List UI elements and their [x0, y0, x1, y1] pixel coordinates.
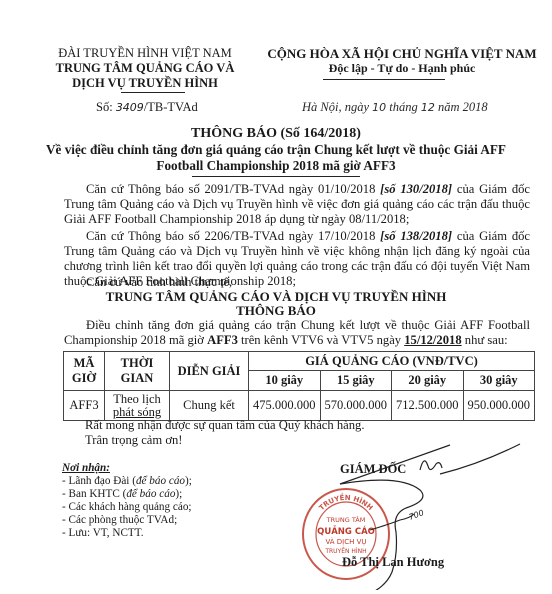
header-thoi: THỜI	[121, 356, 154, 370]
header-gio: GIỜ	[72, 371, 96, 385]
recipients-heading: Nơi nhận:	[62, 462, 192, 475]
announcement-heading: TRUNG TÂM QUẢNG CÁO VÀ DỊCH VỤ TRUYỀN HÌ…	[20, 290, 532, 318]
header-thoi-gian: THỜIGIAN	[105, 352, 170, 391]
header-10s: 10 giây	[249, 371, 321, 391]
issuer-underline	[121, 92, 185, 93]
recipient-item: - Các phòng thuộc TVAd;	[62, 514, 192, 527]
cell-dien-giai: Chung kết	[170, 391, 249, 421]
p2-reference: [số 138/2018]	[380, 229, 452, 243]
header-ma-gio: MÃGIỜ	[64, 352, 105, 391]
table-row: AFF3 Theo lịchphát sóng Chung kết 475.00…	[64, 391, 535, 421]
document-title: THÔNG BÁO (Số 164/2018)	[20, 125, 532, 142]
recipient-note: để báo cáo	[126, 488, 175, 500]
recipient-text: - Lưu: VT, NCTT.	[62, 527, 144, 539]
announcement-paragraph: Điều chỉnh tăng đơn giá quảng cáo trận C…	[64, 318, 530, 348]
national-motto: Độc lập - Tự do - Hạnh phúc	[252, 61, 552, 76]
recipient-item: - Lưu: VT, NCTT.	[62, 527, 192, 540]
table-header-row: MÃGIỜ THỜIGIAN DIỄN GIẢI GIÁ QUẢNG CÁO (…	[64, 352, 535, 371]
national-header: CỘNG HÒA XÃ HỘI CHỦ NGHĨA VIỆT NAM Độc l…	[252, 46, 552, 80]
cell-price-30s: 950.000.000	[463, 391, 535, 421]
header-20s: 20 giây	[392, 371, 464, 391]
header-30s: 30 giây	[463, 371, 535, 391]
signatory-name: Đỗ Thị Lan Hương	[342, 555, 444, 570]
recipient-text: - Các khách hàng quảng cáo;	[62, 501, 192, 513]
date-place: Hà Nội, ngày	[302, 100, 372, 114]
svg-text:700: 700	[408, 508, 425, 522]
recipient-text: - Lãnh đạo Đài (	[62, 475, 136, 487]
header-dien-giai: DIỄN GIẢI	[170, 352, 249, 391]
header-price-group: GIÁ QUẢNG CÁO (VNĐ/TVC)	[249, 352, 535, 371]
p4-date: 15/12/2018	[404, 333, 461, 347]
recipient-end: );	[175, 488, 182, 500]
title-underline	[192, 176, 360, 177]
document-subject-line1: Về việc điều chỉnh tăng đơn giá quảng cá…	[20, 142, 532, 158]
header-gian: GIAN	[121, 371, 154, 385]
basis-paragraph-3: Căn cứ vào tình hình thực tế,	[64, 275, 530, 290]
announcement-label: THÔNG BÁO	[20, 304, 532, 318]
recipient-item: - Lãnh đạo Đài (để báo cáo);	[62, 475, 192, 488]
recipient-text: - Ban KHTC (	[62, 488, 126, 500]
cell-thoi-gian: Theo lịchphát sóng	[105, 391, 170, 421]
issuer-org-line1: TRUNG TÂM QUẢNG CÁO VÀ	[40, 61, 250, 76]
announcing-org: TRUNG TÂM QUẢNG CÁO VÀ DỊCH VỤ TRUYỀN HÌ…	[20, 290, 532, 304]
recipient-end: );	[185, 475, 192, 487]
cell-price-20s: 712.500.000	[392, 391, 464, 421]
p4-text-b: trên kênh VTV6 và VTV5 ngày	[238, 333, 404, 347]
date-day: 10	[372, 101, 386, 114]
motto-underline	[323, 79, 445, 80]
recipient-note: để báo cáo	[136, 475, 185, 487]
document-title-block: THÔNG BÁO (Số 164/2018) Về việc điều chỉ…	[20, 125, 532, 177]
date-month: 12	[421, 101, 435, 114]
recipient-item: - Ban KHTC (để báo cáo);	[62, 488, 192, 501]
basis-paragraph-1: Căn cứ Thông báo số 2091/TB-TVAd ngày 01…	[64, 182, 530, 227]
date-month-label: tháng	[386, 100, 421, 114]
header-ma: MÃ	[74, 356, 95, 370]
recipients-block: Nơi nhận: - Lãnh đạo Đài (để báo cáo); -…	[62, 462, 192, 540]
p4-text-c: như sau:	[462, 333, 508, 347]
doc-number-prefix: Số:	[96, 100, 116, 114]
document-subject-line2: Football Championship 2018 mã giờ AFF3	[20, 158, 532, 174]
p4-time-code: AFF3	[207, 333, 238, 347]
p2-text-a: Căn cứ Thông báo số 2206/TB-TVAd ngày 17…	[86, 229, 380, 243]
doc-number-handwritten: 3409	[116, 101, 144, 114]
issuer-parent-org: ĐÀI TRUYỀN HÌNH VIỆT NAM	[40, 46, 250, 61]
recipient-item: - Các khách hàng quảng cáo;	[62, 501, 192, 514]
p1-text-a: Căn cứ Thông báo số 2091/TB-TVAd ngày 01…	[86, 182, 380, 196]
header-15s: 15 giây	[320, 371, 392, 391]
cell-price-15s: 570.000.000	[320, 391, 392, 421]
closing-line1: Rất mong nhận được sự quan tâm của Quý k…	[85, 418, 364, 433]
issuer-header: ĐÀI TRUYỀN HÌNH VIỆT NAM TRUNG TÂM QUẢNG…	[40, 46, 250, 93]
document-number: Số: 3409/TB-TVAd	[96, 100, 198, 115]
recipient-text: - Các phòng thuộc TVAd;	[62, 514, 177, 526]
country-name: CỘNG HÒA XÃ HỘI CHỦ NGHĨA VIỆT NAM	[252, 46, 552, 61]
cell-thoi-gian-line1: Theo lịch	[113, 392, 161, 406]
cell-ma-gio: AFF3	[64, 391, 105, 421]
cell-price-10s: 475.000.000	[249, 391, 321, 421]
p3-text: Căn cứ vào tình hình thực tế,	[86, 275, 232, 289]
cell-thoi-gian-line2: phát sóng	[113, 405, 161, 419]
date-year: năm 2018	[435, 100, 488, 114]
doc-number-suffix: /TB-TVAd	[144, 100, 198, 114]
document-date: Hà Nội, ngày 10 tháng 12 năm 2018	[302, 100, 488, 115]
price-table: MÃGIỜ THỜIGIAN DIỄN GIẢI GIÁ QUẢNG CÁO (…	[63, 351, 535, 421]
issuer-org-line2: DỊCH VỤ TRUYỀN HÌNH	[40, 76, 250, 91]
p1-reference: [số 130/2018]	[380, 182, 452, 196]
